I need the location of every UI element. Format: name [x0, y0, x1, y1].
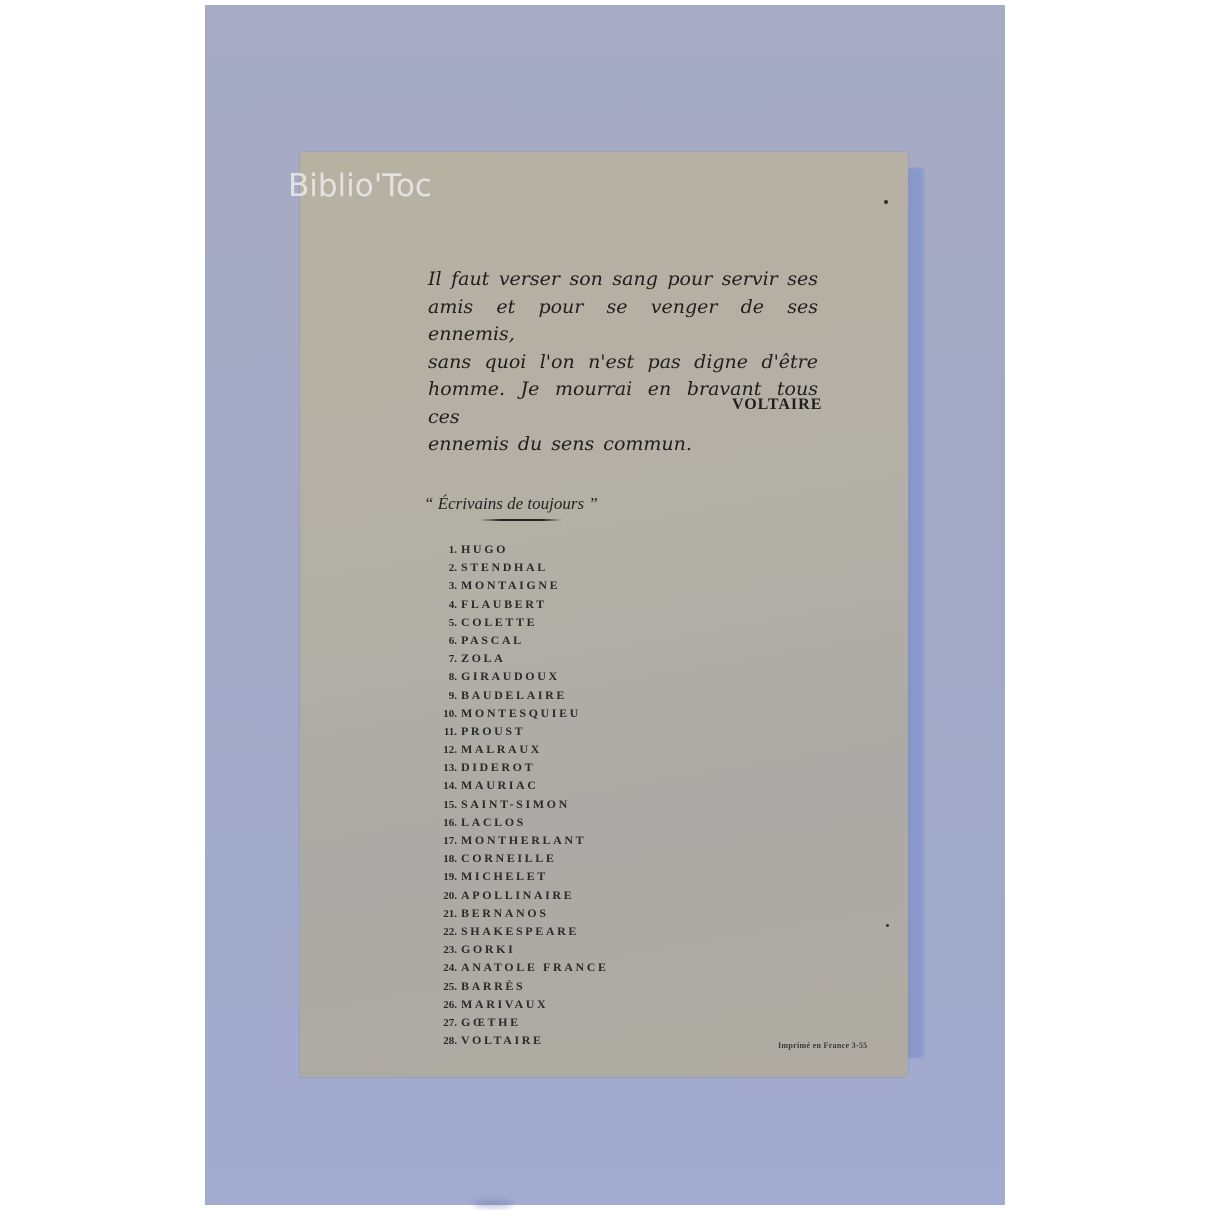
author-name: MONTHERLANT: [461, 831, 586, 849]
author-number: 13.: [424, 759, 457, 777]
book-spine-edge: [908, 168, 924, 1058]
author-number: 8.: [424, 668, 457, 686]
cover-speck: [884, 200, 888, 204]
author-list-item: 5.COLETTE: [424, 613, 609, 631]
author-number: 7.: [424, 650, 457, 668]
author-list-item: 12.MALRAUX: [424, 740, 609, 758]
author-list-item: 16.LACLOS: [424, 813, 609, 831]
author-name: DIDEROT: [461, 758, 535, 776]
floor-shadow: [473, 1200, 513, 1208]
author-name: ZOLA: [461, 649, 505, 667]
author-number: 24.: [424, 959, 457, 977]
author-name: BAUDELAIRE: [461, 686, 567, 704]
author-name: MICHELET: [461, 867, 548, 885]
author-list-item: 9.BAUDELAIRE: [424, 686, 609, 704]
author-number: 3.: [424, 577, 457, 595]
author-name: PROUST: [461, 722, 525, 740]
author-list-item: 6.PASCAL: [424, 631, 609, 649]
author-name: COLETTE: [461, 613, 537, 631]
quote-line: sans quoi l'on n'est pas digne d'être: [428, 349, 818, 377]
author-name: GORKI: [461, 940, 515, 958]
author-number: 22.: [424, 923, 457, 941]
author-name: SAINT-SIMON: [461, 795, 570, 813]
author-number: 26.: [424, 996, 457, 1014]
author-name: MONTESQUIEU: [461, 704, 581, 722]
cover-speck: [886, 924, 889, 927]
author-list-item: 22.SHAKESPEARE: [424, 922, 609, 940]
author-list-item: 4.FLAUBERT: [424, 595, 609, 613]
author-list-item: 8.GIRAUDOUX: [424, 667, 609, 685]
author-list-item: 2.STENDHAL: [424, 558, 609, 576]
author-name: APOLLINAIRE: [461, 886, 574, 904]
author-number: 1.: [424, 541, 457, 559]
author-name: MALRAUX: [461, 740, 542, 758]
author-list-item: 20.APOLLINAIRE: [424, 886, 609, 904]
author-number: 25.: [424, 978, 457, 996]
author-number: 2.: [424, 559, 457, 577]
author-name: MAURIAC: [461, 776, 539, 794]
series-title: “ Écrivains de toujours ”: [424, 494, 598, 514]
author-name: MONTAIGNE: [461, 576, 560, 594]
author-name: GIRAUDOUX: [461, 667, 560, 685]
author-number: 28.: [424, 1032, 457, 1050]
watermark-logo: Biblio'Toc: [288, 168, 432, 204]
quote-author: VOLTAIRE: [732, 396, 822, 414]
author-number: 23.: [424, 941, 457, 959]
author-name: PASCAL: [461, 631, 524, 649]
author-list-item: 14.MAURIAC: [424, 776, 609, 794]
author-name: HUGO: [461, 540, 508, 558]
author-number: 16.: [424, 814, 457, 832]
author-name: BARRÈS: [461, 977, 525, 995]
author-list-item: 1.HUGO: [424, 540, 609, 558]
author-list-item: 7.ZOLA: [424, 649, 609, 667]
author-number: 20.: [424, 887, 457, 905]
author-list-item: 28.VOLTAIRE: [424, 1031, 609, 1049]
author-number: 4.: [424, 596, 457, 614]
author-number: 11.: [424, 723, 457, 741]
author-number: 15.: [424, 796, 457, 814]
author-name: LACLOS: [461, 813, 526, 831]
author-list-item: 21.BERNANOS: [424, 904, 609, 922]
quote-line: ennemis du sens commun.: [428, 431, 818, 459]
epigraph-quote: Il faut verser son sang pour servir ses …: [428, 266, 818, 459]
author-name: VOLTAIRE: [461, 1031, 544, 1049]
author-number: 19.: [424, 868, 457, 886]
author-number: 18.: [424, 850, 457, 868]
author-number: 5.: [424, 614, 457, 632]
author-number: 17.: [424, 832, 457, 850]
series-divider: [480, 519, 562, 521]
author-name: MARIVAUX: [461, 995, 548, 1013]
author-name: STENDHAL: [461, 558, 548, 576]
author-list-item: 17.MONTHERLANT: [424, 831, 609, 849]
author-list-item: 10.MONTESQUIEU: [424, 704, 609, 722]
author-list-item: 26.MARIVAUX: [424, 995, 609, 1013]
quote-line: amis et pour se venger de ses ennemis,: [428, 294, 818, 349]
author-number: 12.: [424, 741, 457, 759]
author-name: CORNEILLE: [461, 849, 556, 867]
author-list-item: 3.MONTAIGNE: [424, 576, 609, 594]
author-list-item: 15.SAINT-SIMON: [424, 795, 609, 813]
author-list-item: 18.CORNEILLE: [424, 849, 609, 867]
author-number: 9.: [424, 687, 457, 705]
author-name: FLAUBERT: [461, 595, 547, 613]
author-number: 21.: [424, 905, 457, 923]
author-list-item: 19.MICHELET: [424, 867, 609, 885]
author-list-item: 24.ANATOLE FRANCE: [424, 958, 609, 976]
author-list-item: 25.BARRÈS: [424, 977, 609, 995]
imprint-line: Imprimé en France 3-55: [778, 1041, 867, 1050]
author-list-item: 23.GORKI: [424, 940, 609, 958]
author-list-item: 27.GŒTHE: [424, 1013, 609, 1031]
series-author-list: 1.HUGO2.STENDHAL3.MONTAIGNE4.FLAUBERT5.C…: [424, 540, 609, 1049]
author-number: 10.: [424, 705, 457, 723]
author-number: 6.: [424, 632, 457, 650]
author-number: 14.: [424, 777, 457, 795]
author-list-item: 13.DIDEROT: [424, 758, 609, 776]
author-list-item: 11.PROUST: [424, 722, 609, 740]
author-name: SHAKESPEARE: [461, 922, 579, 940]
author-name: GŒTHE: [461, 1013, 521, 1031]
author-name: ANATOLE FRANCE: [461, 958, 609, 976]
author-number: 27.: [424, 1014, 457, 1032]
quote-line: Il faut verser son sang pour servir ses: [428, 266, 818, 294]
author-name: BERNANOS: [461, 904, 548, 922]
